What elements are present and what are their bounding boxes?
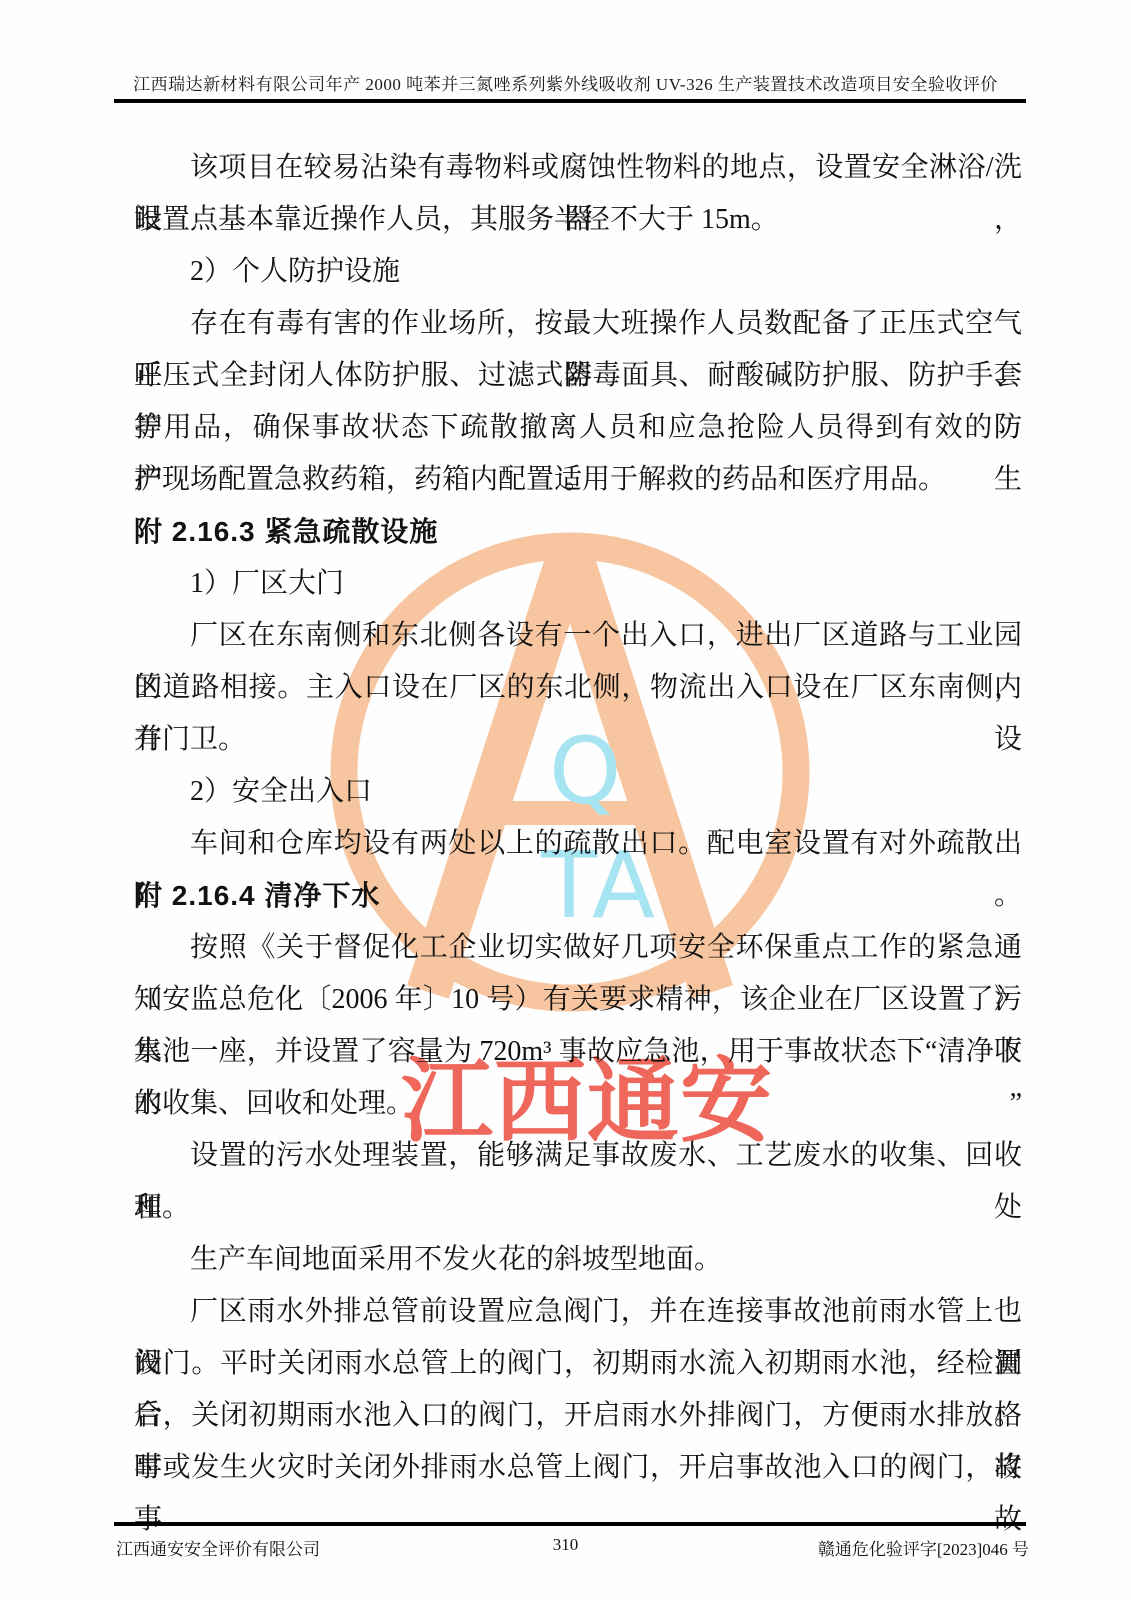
- body-line: 时或发生火灾时关闭外排雨水总管上阀门，开启事故池入口的阀门，将事故: [134, 1442, 1022, 1494]
- body-line: 该项目在较易沾染有毒物料或腐蚀性物料的地点，设置安全淋浴/洗眼器，: [134, 142, 1022, 194]
- body-line: 厂区在东南侧和东北侧各设有一个出入口，进出厂区道路与工业园区内: [134, 610, 1022, 662]
- body-line: 厂区雨水外排总管前设置应急阀门，并在连接事故池前雨水管上也设置: [134, 1286, 1022, 1338]
- body-line: 车间和仓库均设有两处以上的疏散出口。配电室设置有对外疏散出口。: [134, 818, 1022, 870]
- list-item-heading: 1）厂区大门: [134, 558, 1022, 610]
- list-item-heading: 2）个人防护设施: [134, 246, 1022, 298]
- header-divider: [114, 99, 1026, 103]
- document-page: Q TA 江西通安 江西瑞达新材料有限公司年产 2000 吨苯并三氮唑系列紫外线…: [0, 0, 1131, 1600]
- list-item-heading: 2）安全出入口: [134, 766, 1022, 818]
- body-line: 护用品，确保事故状态下疏散撤离人员和应急抢险人员得到有效的防护。生: [134, 402, 1022, 454]
- document-body: 该项目在较易沾染有毒物料或腐蚀性物料的地点，设置安全淋浴/洗眼器， 设置点基本靠…: [134, 142, 1022, 1494]
- footer-doc-number: 赣通危化验评字[2023]046 号: [818, 1535, 1029, 1560]
- body-line: 存在有毒有害的作业场所，按最大班操作人员数配备了正压式空气呼器、: [134, 298, 1022, 350]
- body-line: 正压式全封闭人体防护服、过滤式防毒面具、耐酸碱防护服、防护手套等防: [134, 350, 1022, 402]
- body-line: 后，关闭初期雨水池入口的阀门，开启雨水外排阀门，方便雨水排放。事故: [134, 1390, 1022, 1442]
- footer-divider: [114, 1522, 1026, 1526]
- section-heading: 附 2.16.3 紧急疏散设施: [134, 506, 1022, 558]
- body-line: 生产车间地面采用不发火花的斜坡型地面。: [134, 1234, 1022, 1286]
- body-line: 的道路相接。主入口设在厂区的东北侧，物流出入口设在厂区东南侧，并设: [134, 662, 1022, 714]
- body-line: 阀门。平时关闭雨水总管上的阀门，初期雨水流入初期雨水池，经检测合格: [134, 1338, 1022, 1390]
- body-line: 按照《关于督促化工企业切实做好几项安全环保重点工作的紧急通知》: [134, 922, 1022, 974]
- body-line: 产现场配置急救药箱，药箱内配置适用于解救的药品和医疗用品。: [134, 454, 1022, 506]
- page-header-title: 江西瑞达新材料有限公司年产 2000 吨苯并三氮唑系列紫外线吸收剂 UV-326…: [0, 70, 1131, 95]
- body-line: （安监总危化〔2006 年〕10 号）有关要求精神，该企业在厂区设置了污水收: [134, 974, 1022, 1026]
- body-line: 集池一座，并设置了容量为 720m³ 事故应急池，用于事故状态下“清净下水”: [134, 1026, 1022, 1078]
- body-line: 设置的污水处理装置，能够满足事故废水、工艺废水的收集、回收和处: [134, 1130, 1022, 1182]
